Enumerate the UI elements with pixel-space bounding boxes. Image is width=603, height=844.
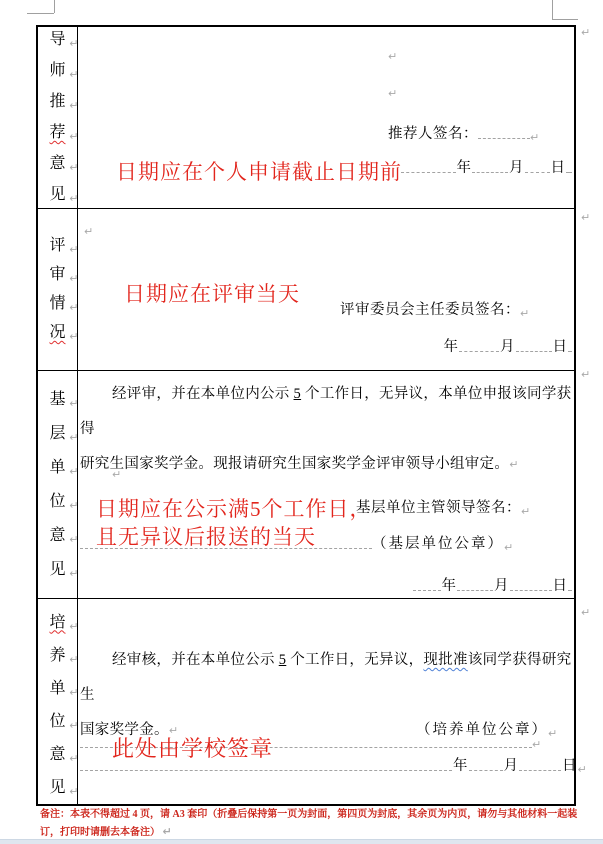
month-label: 月 [493, 574, 510, 595]
dotted-line [566, 171, 572, 173]
training-unit-seal-label-line: （培养单位公章） ↵ [416, 718, 557, 739]
margin-crop-mark-top-left-v [54, 0, 55, 13]
signature-label: 推荐人签名： [388, 122, 478, 143]
month-label: 月 [503, 754, 520, 775]
paragraph-line: 经审核，并在本单位公示 5 个工作日，无异议，现批准该同学获得研究生 [80, 643, 572, 713]
label-char-spellcheck: 培 [50, 614, 66, 631]
dotted-line [413, 589, 441, 591]
seal-label: （培养单位公章） [416, 718, 548, 739]
paragraph-mark-icon: ↵ [581, 607, 590, 618]
label-char: 见 [50, 561, 66, 578]
mentor-recommendation-cell: ↵ ↵ 推荐人签名： ↵ 日期应在个人申请截止日期前 年 月 日 [78, 27, 574, 208]
recommender-signature-line: 推荐人签名： ↵ [388, 122, 539, 143]
approval-paragraph: 经评审，并在本单位内公示 5 个工作日，无异议，本单位申报该同学获得 研究生国家… [78, 377, 574, 482]
paragraph-mark-icon: ↵ [520, 308, 529, 319]
paragraph-mark-icon: ↵ [581, 212, 590, 223]
paragraph-text: 经评审，并在本单位内公示 [112, 386, 294, 402]
label-char: 层 [50, 425, 66, 442]
paragraph-text: 经审核，并在本单位公示 [112, 652, 279, 668]
label-char: 审 [50, 266, 66, 283]
unit-leader-signature-line: 基层单位主管领导签名： ↵ [356, 496, 530, 517]
annotation-school-seal-note: 此处由学校签章 [112, 732, 273, 763]
day-label: 日 [550, 156, 567, 177]
dotted-line [510, 589, 552, 591]
window-bottom-edge [0, 839, 603, 844]
dotted-line [469, 769, 503, 771]
dotted-line [401, 171, 456, 173]
label-char-spellcheck: 荐 [50, 124, 66, 141]
label-char: 评 [50, 237, 66, 254]
date-line: 年 月 日 [443, 335, 573, 356]
paragraph-mark-icon: ↵ [509, 458, 519, 471]
annotation-publicity-note-line1: 日期应在公示满5个工作日， [96, 493, 372, 523]
paragraph-mark-icon: ↵ [521, 506, 530, 517]
dotted-line [472, 171, 508, 173]
paragraph-mark-icon: ↵ [388, 88, 397, 99]
row-label-grassroots-unit-opinion: 基↵ 层↵ 单↵ 位↵ 意↵ 见↵ [38, 371, 77, 598]
date-line: 年 月 日 [401, 156, 573, 177]
date-line: 年 月 日 [413, 574, 573, 595]
word-document-page: { "document": { "marks": { "pilcrow": "↵… [0, 0, 603, 844]
footnote-line2: 订，打印时请删去本备注） [40, 827, 160, 838]
label-char: 见 [50, 779, 66, 796]
paragraph-mark-icon: ↵ [548, 728, 557, 739]
publicity-days-value: 5 [294, 386, 302, 402]
footnote-line1: 备注：本表不得超过 4 页，请 A3 套印（折叠后保持第一页为封面，第四页为封底… [40, 806, 580, 824]
label-char: 养 [50, 647, 66, 664]
month-label: 月 [508, 156, 525, 177]
label-char: 位 [50, 713, 66, 730]
paragraph-mark-icon: ↵ [388, 51, 397, 62]
year-label: 年 [452, 754, 469, 775]
paragraph-mark-icon: ↵ [84, 226, 93, 237]
margin-crop-mark-top-right-h [552, 19, 578, 20]
signature-label: 基层单位主管领导签名： [356, 496, 521, 517]
day-label: 日 [552, 574, 569, 595]
label-char: 意 [50, 527, 66, 544]
training-unit-opinion-cell: 经审核，并在本单位公示 5 个工作日，无异议，现批准该同学获得研究生 国家奖学金… [78, 599, 574, 803]
seal-label: （基层单位公章） [372, 532, 504, 553]
label-char: 情 [50, 295, 66, 312]
dotted-line [80, 769, 452, 771]
row-label-mentor-recommendation: 导↵ 师↵ 推↵ 荐↵ 意↵ 见↵ [38, 27, 77, 208]
margin-crop-mark-top-left-h [27, 13, 54, 14]
paragraph-mark-icon: ↵ [581, 369, 590, 380]
row-label-review-status: 评↵ 审↵ 情↵ 况↵ [38, 209, 77, 370]
dotted-line [525, 171, 550, 173]
paragraph-text: 研究生国家奖学金。现报请研究生国家奖学金评审领导小组审定。 [80, 456, 509, 472]
margin-crop-mark-top-right-v [552, 0, 553, 19]
form-footnote: 备注：本表不得超过 4 页，请 A3 套印（折叠后保持第一页为封面，第四页为封底… [40, 806, 580, 842]
dotted-line [568, 589, 572, 591]
label-char: 单 [50, 680, 66, 697]
paragraph-mark-icon: ↵ [112, 469, 121, 480]
annotation-deadline-note: 日期应在个人申请截止日期前 [116, 156, 402, 186]
label-char: 单 [50, 459, 66, 476]
paragraph-line: 研究生国家奖学金。现报请研究生国家奖学金评审领导小组审定。↵ [80, 447, 572, 482]
label-char: 位 [50, 493, 66, 510]
scholarship-approval-table: 导↵ 师↵ 推↵ 荐↵ 意↵ 见↵ ↵ ↵ 推荐人签名： ↵ 日期应在个人申请截… [36, 25, 576, 806]
grassroots-unit-opinion-cell: 经评审，并在本单位内公示 5 个工作日，无异议，本单位申报该同学获得 研究生国家… [78, 371, 574, 598]
signature-label: 评审委员会主任委员签名： [340, 298, 520, 319]
paragraph-text: 个工作日，无异议， [286, 652, 423, 668]
paragraph-mark-icon: ↵ [532, 739, 541, 750]
month-label: 月 [499, 335, 516, 356]
day-label: 日 [552, 335, 569, 356]
label-char: 推 [50, 93, 66, 110]
dotted-line [568, 350, 572, 352]
label-char: 见 [50, 186, 66, 203]
committee-chair-signature-line: 评审委员会主任委员签名： ↵ [340, 298, 529, 319]
label-char: 基 [50, 391, 66, 408]
label-char: 意 [50, 746, 66, 763]
dotted-line [457, 589, 493, 591]
review-status-cell: ↵ 日期应在评审当天 评审委员会主任委员签名： ↵ 年 月 日 [78, 209, 574, 370]
paragraph-line: 经评审，并在本单位内公示 5 个工作日，无异议，本单位申报该同学获得 [80, 377, 572, 447]
label-char-spellcheck: 况 [50, 324, 66, 341]
paragraph-mark-icon: ↵ [530, 132, 539, 143]
year-label: 年 [441, 574, 458, 595]
paragraph-mark-icon: ↵ [581, 27, 590, 38]
dotted-line [516, 350, 552, 352]
paragraph-mark-icon: ↵ [163, 825, 172, 838]
grammar-flagged-text: 现批准 [423, 652, 467, 668]
dotted-line [478, 137, 530, 139]
year-label: 年 [443, 335, 460, 356]
label-char: 意 [50, 155, 66, 172]
row-label-training-unit-opinion: 培↵ 养↵ 单↵ 位↵ 意↵ 见↵ [38, 599, 77, 803]
year-label: 年 [456, 156, 473, 177]
annotation-review-day-note: 日期应在评审当天 [124, 278, 300, 308]
label-char: 导 [50, 31, 66, 48]
dotted-line [459, 350, 499, 352]
annotation-publicity-note-line2: 且无异议后报送的当天 [96, 521, 316, 551]
label-char: 师 [50, 62, 66, 79]
paragraph-mark-icon: ↵ [578, 764, 587, 775]
paragraph-mark-icon: ↵ [504, 542, 513, 553]
day-label: 日 [561, 754, 578, 775]
dotted-line [519, 769, 561, 771]
